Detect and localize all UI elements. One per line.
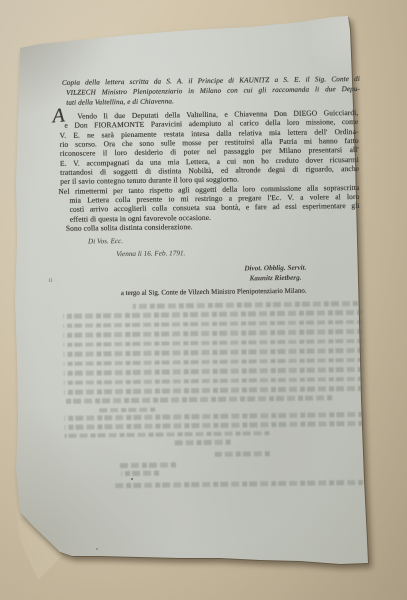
signature-block: Divot. Obblig. Servit. Kaunitz Rietberg. bbox=[200, 263, 350, 284]
document-header: Copia della lettera scritta da S. A. il … bbox=[62, 74, 360, 108]
showthrough-line bbox=[64, 357, 363, 366]
showthrough-line bbox=[215, 451, 270, 456]
showthrough-line bbox=[64, 386, 363, 395]
document-body: Vendo li due Deputati della Valtellina, … bbox=[57, 108, 360, 233]
showthrough-line bbox=[63, 310, 362, 319]
photo-backdrop: Copia della lettera scritta da S. A. il … bbox=[0, 0, 407, 600]
showthrough-line bbox=[121, 471, 159, 476]
showthrough-line bbox=[64, 421, 363, 430]
showthrough-line bbox=[97, 407, 155, 412]
showthrough-line bbox=[64, 367, 363, 376]
showthrough-line bbox=[64, 395, 332, 403]
signature-name: Kaunitz Rietberg. bbox=[200, 273, 350, 285]
salutation: Di Vos. Ecc. bbox=[88, 237, 123, 245]
showthrough-line bbox=[115, 480, 363, 488]
printed-text-layer: Copia della lettera scritta da S. A. il … bbox=[0, 0, 407, 600]
address-line: a tergo al Sig. Conte de Vilzech Ministr… bbox=[63, 286, 365, 298]
showthrough-line bbox=[63, 348, 362, 357]
showthrough-line bbox=[173, 440, 231, 445]
showthrough-line bbox=[64, 376, 363, 385]
dateline: Vienna li 16. Feb. 1791. bbox=[116, 249, 185, 258]
showthrough-line bbox=[64, 412, 363, 421]
showthrough-line bbox=[118, 462, 176, 467]
showthrough-line bbox=[63, 329, 362, 338]
showthrough-line bbox=[65, 431, 270, 438]
showthrough-line bbox=[63, 338, 362, 347]
showthrough-line bbox=[63, 319, 362, 328]
showthrough-line bbox=[133, 301, 358, 309]
margin-mark: o bbox=[48, 275, 52, 284]
